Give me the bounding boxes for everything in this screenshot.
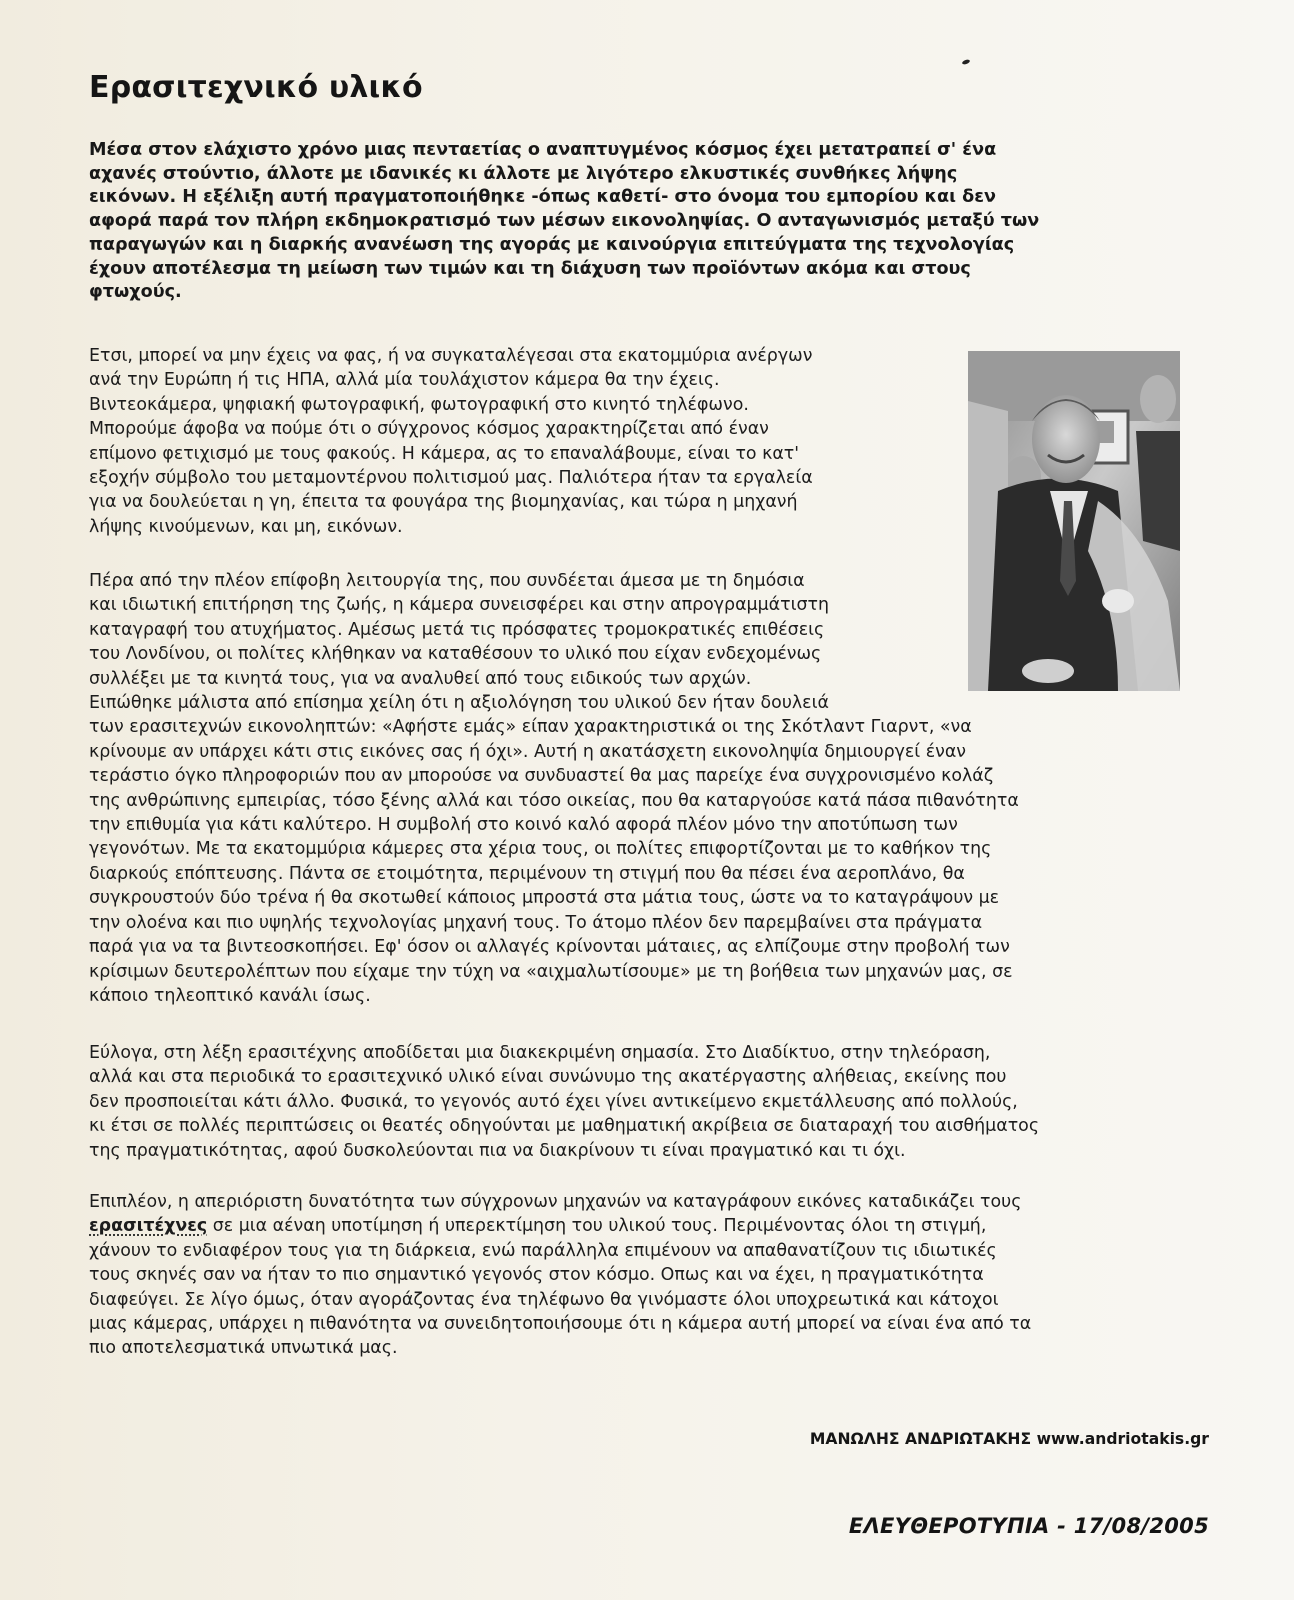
text-line: Εύλογα, στη λέξη ερασιτέχνης αποδίδεται …: [89, 1041, 1039, 1065]
text-line: την ολοένα και πιο υψηλής τεχνολογίας μη…: [89, 911, 1019, 935]
lead-line: παραγωγών και η διαρκής ανανέωση της αγο…: [89, 234, 1201, 258]
body-paragraph-1: Ετσι, μπορεί να μην έχεις να φας, ή να σ…: [89, 344, 813, 539]
body-paragraph-4: Επιπλέον, η απεριόριστη δυνατότητα των σ…: [89, 1190, 1031, 1361]
text-line: αλλά και στα περιοδικά το ερασιτεχνικό υ…: [89, 1065, 1039, 1089]
article-title: Ερασιτεχνικό υλικό: [89, 70, 423, 105]
text-line: τεράστιο όγκο πληροφοριών που αν μπορούσ…: [89, 764, 1019, 788]
lead-line: έχουν αποτέλεσμα τη μείωση των τιμών και…: [89, 258, 1201, 282]
text-line: καταγραφή του ατυχήματος. Αμέσως μετά τι…: [89, 618, 1019, 642]
text-line: κρίνουμε αν υπάρχει κάτι στις εικόνες σα…: [89, 740, 1019, 764]
lead-line: εικόνων. Η εξέλιξη αυτή πραγματοποιήθηκε…: [89, 186, 1201, 210]
text-line: ερασιτέχνες σε μια αέναη υποτίμηση ή υπε…: [89, 1214, 1031, 1238]
text-fragment: σε μια αέναη υποτίμηση ή υπερεκτίμηση το…: [207, 1216, 986, 1236]
text-line: διαρκούς επόπτευσης. Πάντα σε ετοιμότητα…: [89, 862, 1019, 886]
text-line: πιο αποτελεσματικά υπνωτικά μας.: [89, 1336, 1031, 1360]
text-line: Μπορούμε άφοβα να πούμε ότι ο σύγχρονος …: [89, 417, 813, 441]
lead-paragraph: Μέσα στον ελάχιστο χρόνο μιας πενταετίας…: [89, 139, 1201, 305]
text-line: τους σκηνές σαν να ήταν το πιο σημαντικό…: [89, 1263, 1031, 1287]
text-line: χάνουν το ενδιαφέρον τους για τη διάρκει…: [89, 1239, 1031, 1263]
text-line: Ετσι, μπορεί να μην έχεις να φας, ή να σ…: [89, 344, 813, 368]
body-paragraph-2: Πέρα από την πλέον επίφοβη λειτουργία τη…: [89, 569, 1019, 1008]
text-line: για να δουλεύεται η γη, έπειτα τα φουγάρ…: [89, 490, 813, 514]
text-line: κρίσιμων δευτερολέπτων που είχαμε την τύ…: [89, 960, 1019, 984]
text-line: Επιπλέον, η απεριόριστη δυνατότητα των σ…: [89, 1190, 1031, 1214]
emphasized-word: ερασιτέχνες: [89, 1216, 207, 1236]
text-line: κι έτσι σε πολλές περιπτώσεις οι θεατές …: [89, 1114, 1039, 1138]
text-line: κάποιο τηλεοπτικό κανάλι ίσως.: [89, 984, 1019, 1008]
text-line: Βιντεοκάμερα, ψηφιακή φωτογραφική, φωτογ…: [89, 393, 813, 417]
publication-source: ΕΛΕΥΘΕΡΟΤΥΠΙΑ - 17/08/2005: [849, 1514, 1209, 1538]
text-line: παρά για να τα βιντεοσκοπήσει. Εφ' όσον …: [89, 935, 1019, 959]
author-byline: ΜΑΝΩΛΗΣ ΑΝΔΡΙΩΤΑΚΗΣ www.andriotakis.gr: [810, 1430, 1209, 1448]
text-line: την επιθυμία για κάτι καλύτερο. Η συμβολ…: [89, 813, 1019, 837]
text-line: της ανθρώπινης εμπειρίας, τόσο ξένης αλλ…: [89, 789, 1019, 813]
text-line: της πραγματικότητας, αφού δυσκολεύονται …: [89, 1139, 1039, 1163]
text-line: Ειπώθηκε μάλιστα από επίσημα χείλη ότι η…: [89, 691, 1019, 715]
text-line: λήψης κινούμενων, και μη, εικόνων.: [89, 515, 813, 539]
text-line: συγκρουστούν δύο τρένα ή θα σκοτωθεί κάπ…: [89, 886, 1019, 910]
text-line: διαφεύγει. Σε λίγο όμως, όταν αγοράζοντα…: [89, 1288, 1031, 1312]
text-line: των ερασιτεχνών εικονοληπτών: «Αφήστε εμ…: [89, 715, 1019, 739]
text-line: επίμονο φετιχισμό με τους φακούς. Η κάμε…: [89, 442, 813, 466]
lead-line: αφορά παρά τον πλήρη εκδημοκρατισμό των …: [89, 210, 1201, 234]
text-line: συλλέξει με τα κινητά τους, για να αναλυ…: [89, 667, 1019, 691]
text-line: δεν προσποιείται κάτι άλλο. Φυσικά, το γ…: [89, 1090, 1039, 1114]
text-line: ανά την Ευρώπη ή τις ΗΠΑ, αλλά μία τουλά…: [89, 368, 813, 392]
text-line: εξοχήν σύμβολο του μεταμοντέρνου πολιτισ…: [89, 466, 813, 490]
text-line: Πέρα από την πλέον επίφοβη λειτουργία τη…: [89, 569, 1019, 593]
lead-line: Μέσα στον ελάχιστο χρόνο μιας πενταετίας…: [89, 139, 1201, 163]
lead-line: φτωχούς.: [89, 281, 1201, 305]
text-line: μιας κάμερας, υπάρχει η πιθανότητα να συ…: [89, 1312, 1031, 1336]
text-line: του Λονδίνου, οι πολίτες κλήθηκαν να κατ…: [89, 642, 1019, 666]
lead-line: αχανές στούντιο, άλλοτε με ιδανικές κι ά…: [89, 163, 1201, 187]
text-line: γεγονότων. Με τα εκατομμύρια κάμερες στα…: [89, 837, 1019, 861]
scan-speck: [962, 59, 971, 65]
body-paragraph-3: Εύλογα, στη λέξη ερασιτέχνης αποδίδεται …: [89, 1041, 1039, 1163]
text-line: και ιδιωτική επιτήρηση της ζωής, η κάμερ…: [89, 593, 1019, 617]
